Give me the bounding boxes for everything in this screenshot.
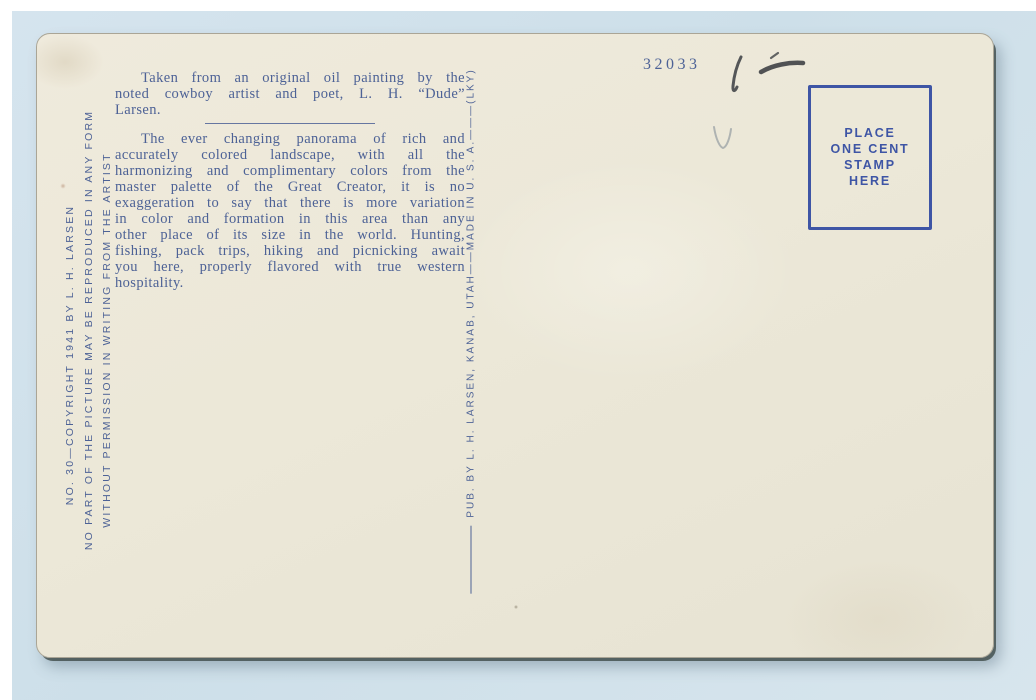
stamp-box-line-2: ONE CENT — [811, 142, 929, 157]
intro-paragraph: Taken from an original oil painting by t… — [115, 70, 465, 118]
divider-lead-line — [471, 526, 472, 594]
publisher-line-text: PUB. BY L. H. LARSEN, KANAB, UTAH——MADE … — [466, 68, 477, 517]
body-paragraph: The ever changing panorama of rich and a… — [115, 131, 465, 291]
control-number: 32033 — [643, 56, 701, 74]
pencil-check-mark — [714, 127, 731, 148]
pencil-tick-stroke — [771, 53, 778, 58]
stamp-box-line-1: PLACE — [811, 126, 929, 141]
stamp-box: PLACE ONE CENT STAMP HERE — [808, 85, 932, 230]
pencil-dash-stroke — [761, 63, 803, 72]
copyright-line-number: NO. 30—COPYRIGHT 1941 BY L. H. LARSEN — [64, 205, 76, 505]
copyright-line-permission: WITHOUT PERMISSION IN WRITING FROM THE A… — [101, 152, 113, 528]
stamp-box-line-4: HERE — [811, 174, 929, 189]
section-divider-rule — [205, 123, 375, 124]
copyright-line-reproduction: NO PART OF THE PICTURE MAY BE REPRODUCED… — [83, 110, 95, 550]
publisher-divider-line: PUB. BY L. H. LARSEN, KANAB, UTAH——MADE … — [466, 68, 477, 593]
stamp-box-line-3: STAMP — [811, 158, 929, 173]
pencil-one-stroke — [733, 57, 741, 91]
postcard-back: NO. 30—COPYRIGHT 1941 BY L. H. LARSEN NO… — [36, 33, 994, 658]
description-block: Taken from an original oil painting by t… — [115, 70, 465, 291]
